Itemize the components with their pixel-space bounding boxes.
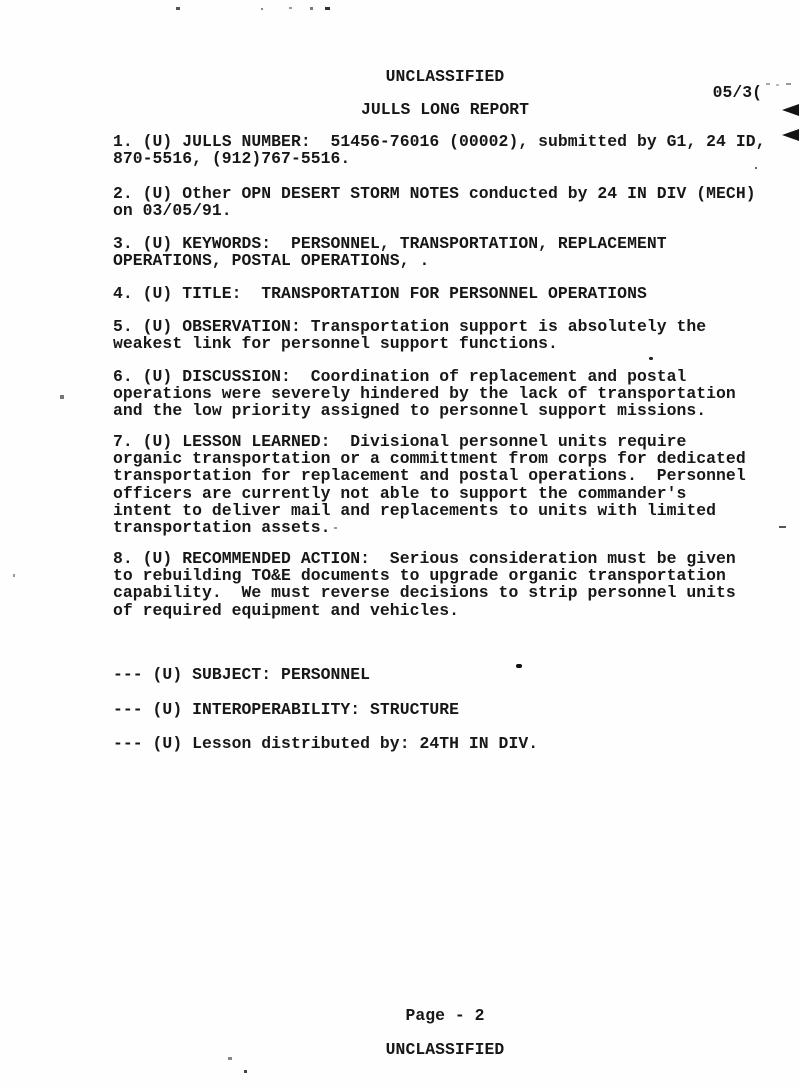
scan-speck	[649, 357, 653, 360]
paragraph-discussion: 6. (U) DISCUSSION: Coordination of repla…	[113, 368, 798, 420]
scan-speck	[289, 7, 292, 9]
paragraph-observation: 5. (U) OBSERVATION: Transportation suppo…	[113, 318, 798, 352]
scan-speck	[176, 7, 180, 10]
scan-speck	[228, 1057, 232, 1060]
scan-speck	[325, 7, 330, 10]
scan-arrow-mark	[782, 104, 799, 116]
scan-speck	[786, 83, 791, 85]
classification-footer: UNCLASSIFIED	[90, 1041, 800, 1058]
report-title: JULLS LONG REPORT	[90, 101, 800, 118]
scan-dash-mark	[779, 526, 786, 528]
scan-arrow-mark	[782, 129, 799, 141]
scan-speck	[13, 574, 15, 577]
summary-line-subject: --- (U) SUBJECT: PERSONNEL	[113, 666, 798, 683]
scan-speck	[755, 167, 757, 169]
scan-speck	[244, 1070, 247, 1073]
paragraph-keywords: 3. (U) KEYWORDS: PERSONNEL, TRANSPORTATI…	[113, 235, 798, 269]
scan-speck	[310, 7, 313, 10]
scan-speck	[766, 83, 770, 85]
page-number: Page - 2	[90, 1007, 800, 1024]
scan-speck	[261, 8, 263, 10]
bullet-dot-artifact	[516, 664, 522, 668]
paragraph-other-opn: 2. (U) Other OPN DESERT STORM NOTES cond…	[113, 185, 798, 219]
paragraph-julls-number: 1. (U) JULLS NUMBER: 51456-76016 (00002)…	[113, 133, 798, 167]
date-fragment: 05/3(	[600, 84, 762, 101]
paragraph-recommended-action: 8. (U) RECOMMENDED ACTION: Serious consi…	[113, 550, 798, 619]
paragraph-lesson-learned: 7. (U) LESSON LEARNED: Divisional person…	[113, 433, 798, 536]
summary-line-interoperability: --- (U) INTEROPERABILITY: STRUCTURE	[113, 701, 798, 718]
scan-speck	[334, 527, 337, 529]
summary-line-distribution: --- (U) Lesson distributed by: 24TH IN D…	[113, 735, 798, 752]
scan-speck	[776, 84, 779, 86]
classification-header: UNCLASSIFIED	[90, 68, 800, 85]
paragraph-title: 4. (U) TITLE: TRANSPORTATION FOR PERSONN…	[113, 285, 798, 302]
scan-speck	[60, 395, 64, 399]
document-page: UNCLASSIFIED 05/3( JULLS LONG REPORT 1. …	[0, 0, 800, 1088]
